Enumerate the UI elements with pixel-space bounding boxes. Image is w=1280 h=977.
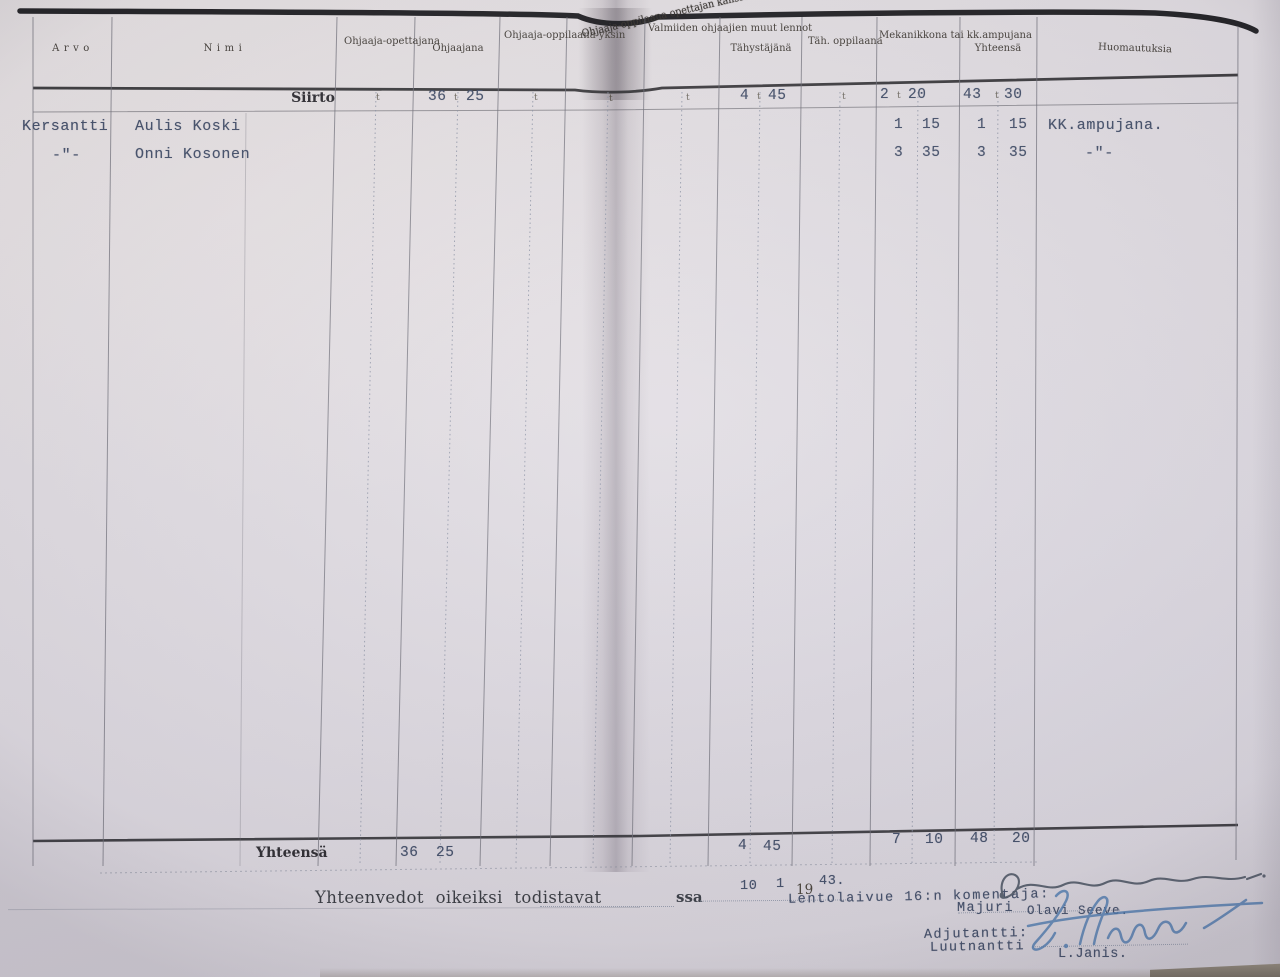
year-typed: 43. [819, 874, 845, 889]
row-yhteensa-minutes: 15 [1009, 117, 1028, 133]
col-header-arvo: Arvo [40, 42, 106, 55]
col-header-ohjaajana: Ohjaajana [424, 42, 492, 55]
adjutant-rank: Luutnantti [930, 939, 1025, 956]
certify-statement: Yhteenvedot oikeiksi todistavat [315, 888, 602, 907]
row-arvo: -"- [52, 147, 81, 164]
siirto-yhteensa-hours: 43 [963, 87, 982, 103]
row-nimi: Aulis Koski [135, 118, 241, 135]
totals-ohjaajana-minutes: 25 [436, 845, 455, 861]
totals-yhteensa-hours: 48 [970, 831, 989, 847]
siirto-mekanikkona-minutes: 20 [908, 87, 927, 103]
totals-mekanikkona-minutes: 10 [925, 832, 944, 848]
col-header-valmiiden-ohjaajien-muut-lennot: Valmiiden ohjaajien muut lennot [648, 22, 716, 35]
col-header-ohjaaja-opettajana: Ohjaaja-opettajana [344, 35, 408, 48]
siirto-tahystajana-minutes: 45 [768, 88, 787, 104]
siirto-yhteensa-minutes: 30 [1004, 87, 1023, 103]
totals-mekanikkona-hours: 7 [892, 832, 901, 848]
col-header-ohjaaja-oppilaana-yksin: Ohjaaja-oppilaana yksin [504, 29, 562, 42]
col-header-mekanikkona: Mekanikkona tai kk.ampujana [879, 29, 957, 42]
row-mekanikkona-hours: 3 [894, 145, 903, 161]
row-mekanikkona-minutes: 15 [922, 117, 941, 133]
siirto-ohjaajana-minutes: 25 [466, 89, 485, 105]
row-mekanikkona-hours: 1 [894, 117, 903, 133]
scanned-document-photo: { "table": { "headers": [ "Arvo", "Nimi"… [0, 0, 1280, 977]
adjutant-signature-ink [1022, 884, 1272, 958]
place-blank-line [540, 906, 674, 907]
siirto-mekanikkona-hours: 2 [880, 87, 889, 103]
row-yhteensa-hours: 1 [977, 117, 986, 133]
siirto-label: Siirto [270, 90, 335, 106]
col-header-yhteensa: Yhteensä [960, 42, 1036, 55]
row-huomautus: KK.ampujana. [1048, 117, 1163, 134]
totals-label: Yhteensä [256, 845, 322, 861]
siirto-ohjaajana-hours: 36 [428, 89, 447, 105]
date-day: 10 [740, 879, 757, 894]
tick-oppilaana-kanssa: t [609, 94, 613, 104]
row-huomautus: -"- [1085, 145, 1114, 162]
row-arvo: Kersantti [22, 118, 108, 135]
totals-tahystajana-minutes: 45 [763, 839, 782, 855]
tick-muut-lennot: t [686, 93, 690, 103]
place-suffix: ssa [676, 888, 703, 906]
col-header-tah-oppilaana: Täh. oppilaana [808, 35, 872, 48]
tick-oppilaana-yksin: t [534, 93, 538, 103]
siirto-tahystajana-hours: 4 [740, 88, 749, 104]
col-header-tahystajana: Tähystäjänä [722, 42, 800, 55]
totals-tahystajana-hours: 4 [738, 838, 747, 854]
row-mekanikkona-minutes: 35 [922, 145, 941, 161]
tick-tah-oppilaana: t [842, 92, 846, 102]
tick-ohjaaja-opettajana: t [376, 93, 380, 103]
signature-blue-ink [1022, 884, 1272, 958]
row-nimi: Onni Kosonen [135, 146, 250, 163]
totals-yhteensa-minutes: 20 [1012, 831, 1031, 847]
totals-ohjaajana-hours: 36 [400, 845, 419, 861]
row-yhteensa-minutes: 35 [1009, 145, 1028, 161]
col-header-nimi: Nimi [180, 42, 270, 55]
row-yhteensa-hours: 3 [977, 145, 986, 161]
date-month: 1 [776, 877, 785, 892]
